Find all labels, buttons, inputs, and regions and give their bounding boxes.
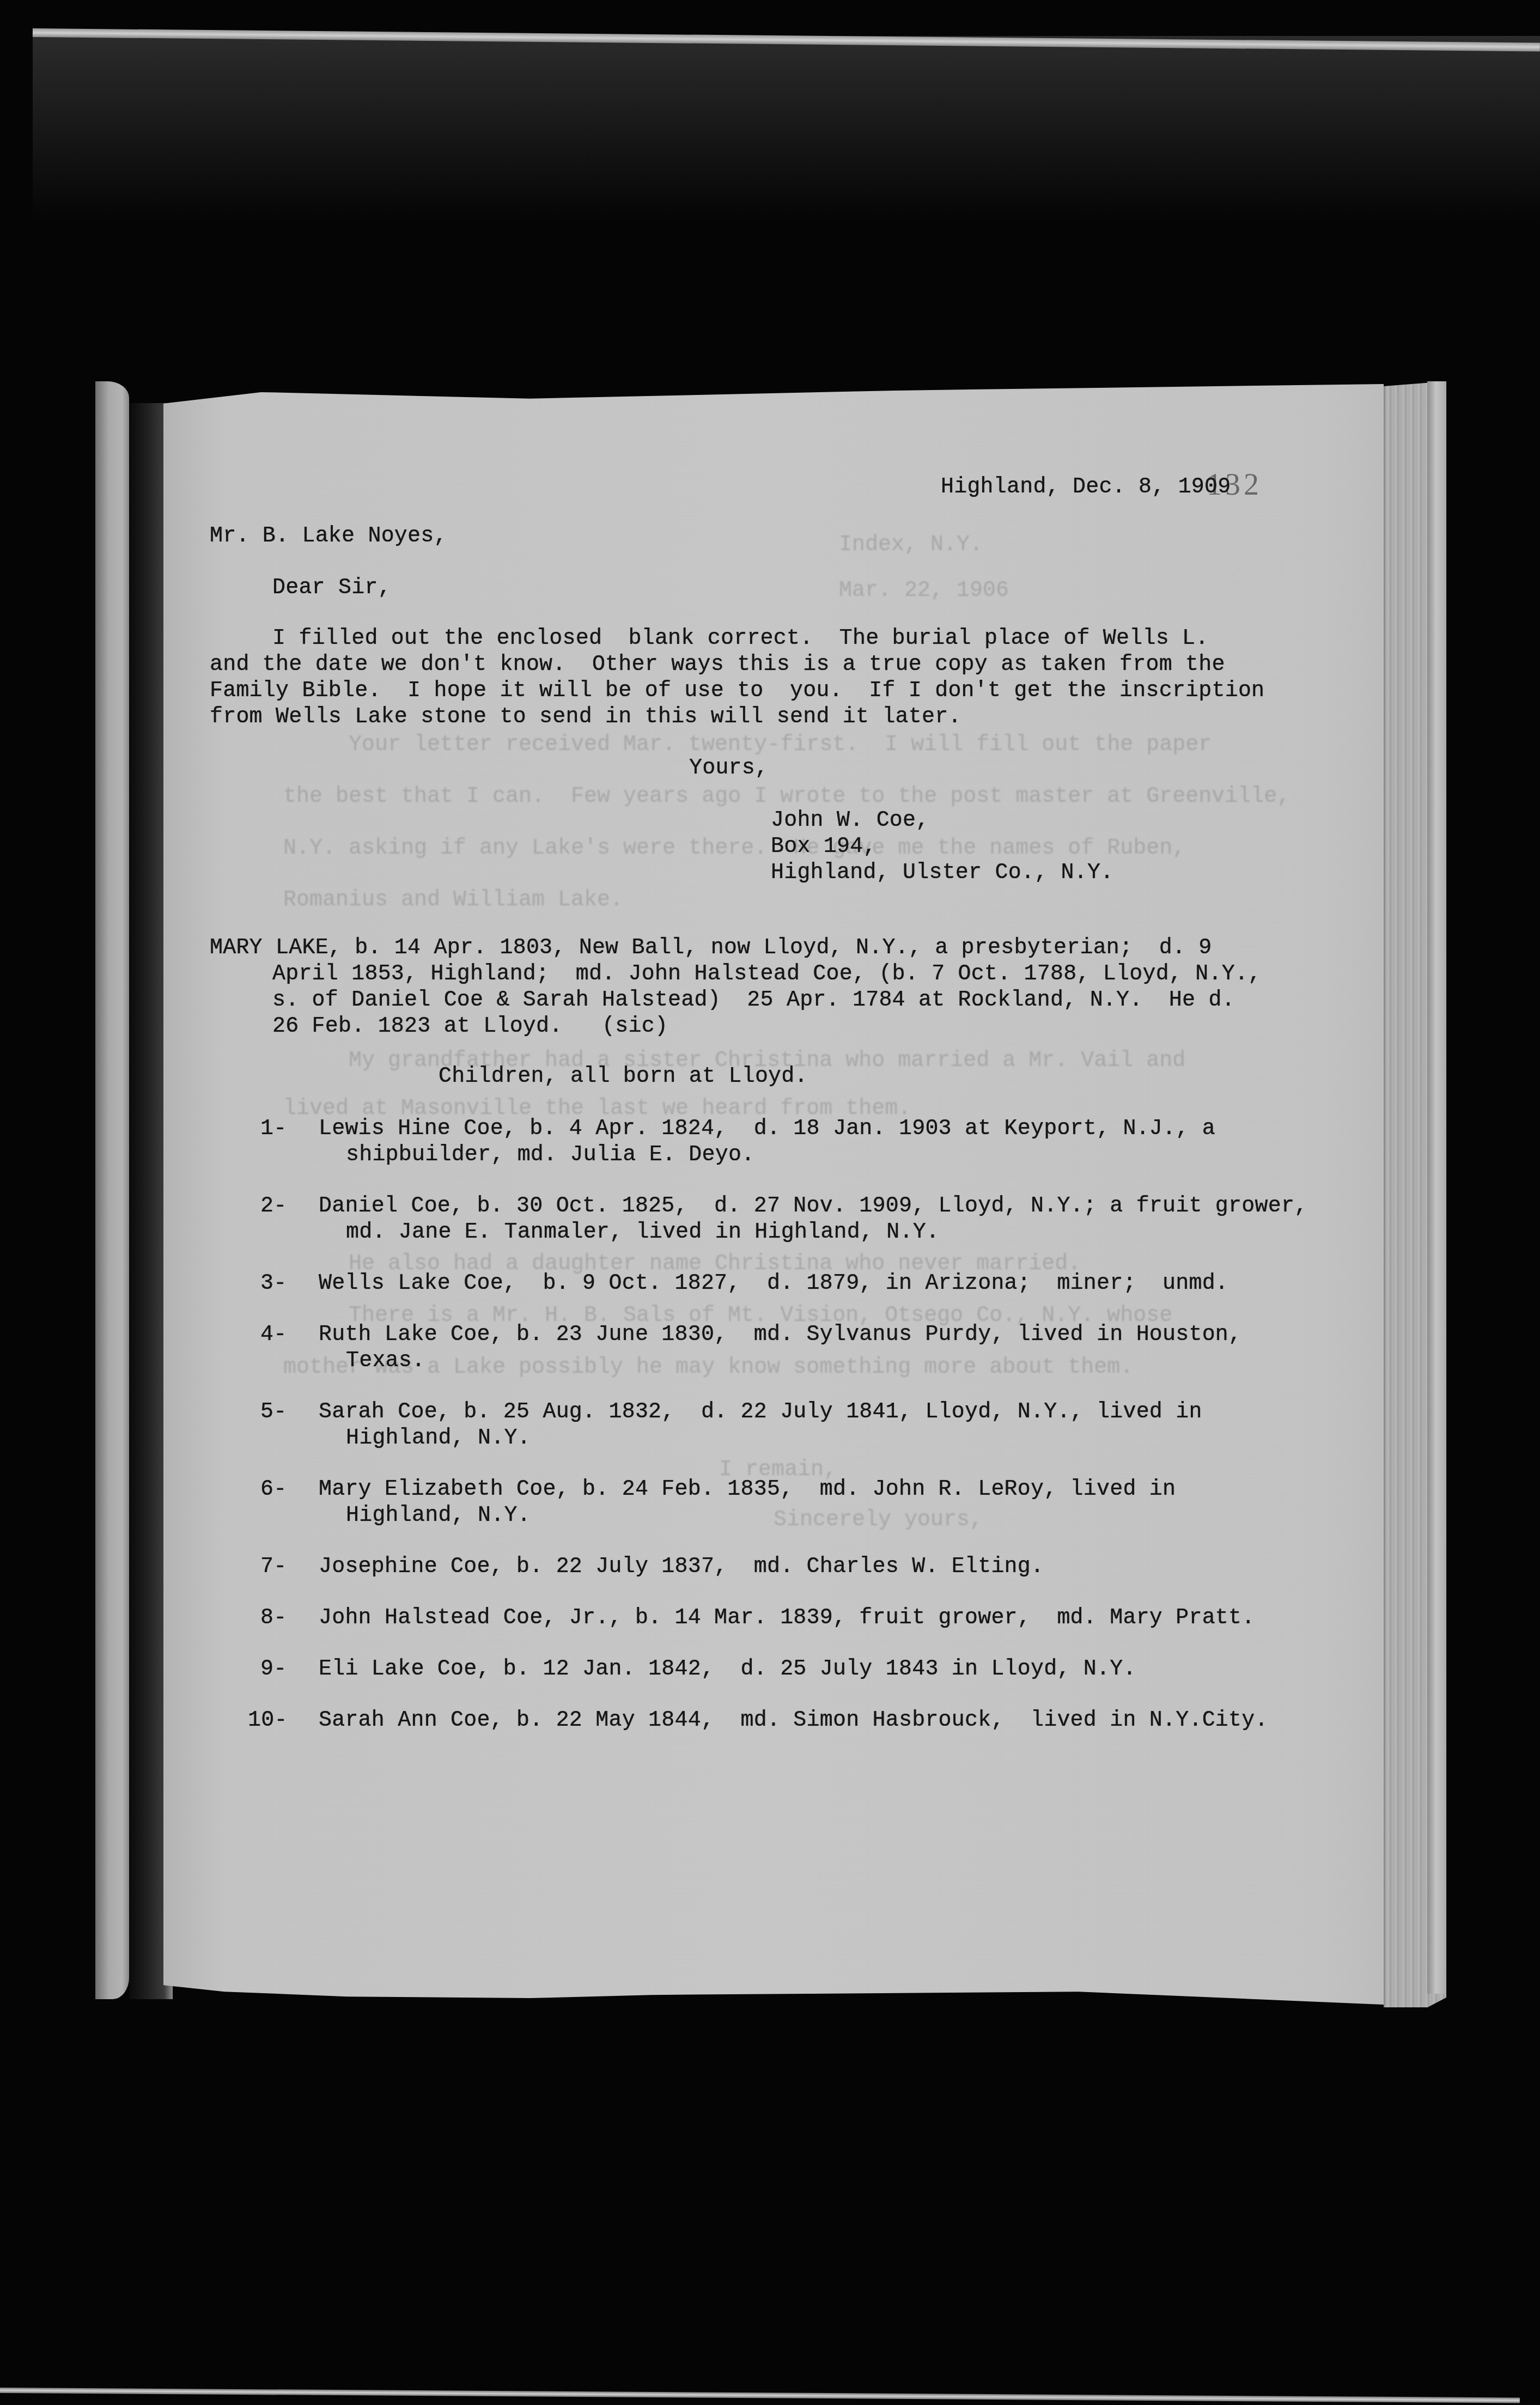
child-line: Mary Elizabeth Coe, b. 24 Feb. 1835, md.…	[319, 1477, 1176, 1502]
child-number: 10-	[248, 1708, 288, 1733]
record-line: MARY LAKE, b. 14 Apr. 1803, New Ball, no…	[210, 936, 1212, 961]
children-heading: Children, all born at Lloyd.	[439, 1064, 808, 1089]
child-number: 7-	[260, 1555, 287, 1580]
body-line: from Wells Lake stone to send in this wi…	[210, 705, 961, 730]
child-line: shipbuilder, md. Julia E. Deyo.	[346, 1143, 754, 1168]
child-line: Ruth Lake Coe, b. 23 June 1830, md. Sylv…	[319, 1323, 1241, 1348]
child-number: 4-	[260, 1323, 287, 1348]
child-number: 2-	[260, 1194, 287, 1219]
letter-date: Highland, Dec. 8, 1909	[941, 475, 1231, 500]
child-line: John Halstead Coe, Jr., b. 14 Mar. 1839,…	[319, 1606, 1255, 1631]
greeting: Dear Sir,	[272, 576, 391, 601]
child-line: Lewis Hine Coe, b. 4 Apr. 1824, d. 18 Ja…	[319, 1117, 1215, 1142]
addressee: Mr. B. Lake Noyes,	[210, 524, 447, 549]
film-haze	[33, 36, 1540, 221]
signature-name: John W. Coe,	[771, 808, 929, 833]
body-line: and the date we don't know. Other ways t…	[210, 653, 1225, 678]
child-line: Wells Lake Coe, b. 9 Oct. 1827, d. 1879,…	[319, 1271, 1228, 1296]
valediction: Yours,	[689, 756, 768, 781]
bleed-through-line: Index, N.Y.	[839, 533, 983, 558]
bleed-through-line: the best that I can. Few years ago I wro…	[283, 784, 1290, 809]
page-edge-outer	[1427, 381, 1445, 1994]
bleed-through-line: N.Y. asking if any Lake's were there. He…	[283, 836, 1185, 861]
child-line: Sarah Coe, b. 25 Aug. 1832, d. 22 July 1…	[319, 1400, 1202, 1425]
child-line: Daniel Coe, b. 30 Oct. 1825, d. 27 Nov. …	[319, 1194, 1307, 1219]
previous-page-edge	[95, 381, 129, 1999]
bleed-through-line: Romanius and William Lake.	[283, 888, 623, 913]
child-number: 5-	[260, 1400, 287, 1425]
signature-box: Box 194,	[771, 835, 876, 860]
child-number: 6-	[260, 1477, 287, 1502]
child-line: md. Jane E. Tanmaler, lived in Highland,…	[346, 1220, 939, 1245]
body-line: Family Bible. I hope it will be of use t…	[210, 679, 1264, 704]
child-number: 1-	[260, 1117, 287, 1142]
child-line: Highland, N.Y.	[346, 1426, 531, 1451]
bleed-through-line: Mar. 22, 1906	[839, 579, 1009, 604]
bleed-through-line: Sincerely yours,	[774, 1508, 983, 1533]
child-number: 3-	[260, 1271, 287, 1296]
record-line: s. of Daniel Coe & Sarah Halstead) 25 Ap…	[272, 988, 1235, 1013]
child-number: 8-	[260, 1606, 287, 1631]
record-line: 26 Feb. 1823 at Lloyd. (sic)	[272, 1014, 668, 1039]
child-line: Eli Lake Coe, b. 12 Jan. 1842, d. 25 Jul…	[319, 1657, 1136, 1682]
child-number: 9-	[260, 1657, 287, 1682]
child-line: Highland, N.Y.	[346, 1503, 531, 1529]
film-edge-bottom	[0, 2388, 1520, 2403]
child-line: Texas.	[346, 1349, 425, 1374]
body-line: I filled out the enclosed blank correct.…	[272, 626, 1208, 652]
child-line: Sarah Ann Coe, b. 22 May 1844, md. Simon…	[319, 1708, 1268, 1733]
bleed-through-line: Your letter received Mar. twenty-first. …	[349, 733, 1212, 758]
child-line: Josephine Coe, b. 22 July 1837, md. Char…	[319, 1555, 1044, 1580]
signature-address: Highland, Ulster Co., N.Y.	[771, 861, 1113, 886]
record-line: April 1853, Highland; md. John Halstead …	[272, 962, 1261, 987]
